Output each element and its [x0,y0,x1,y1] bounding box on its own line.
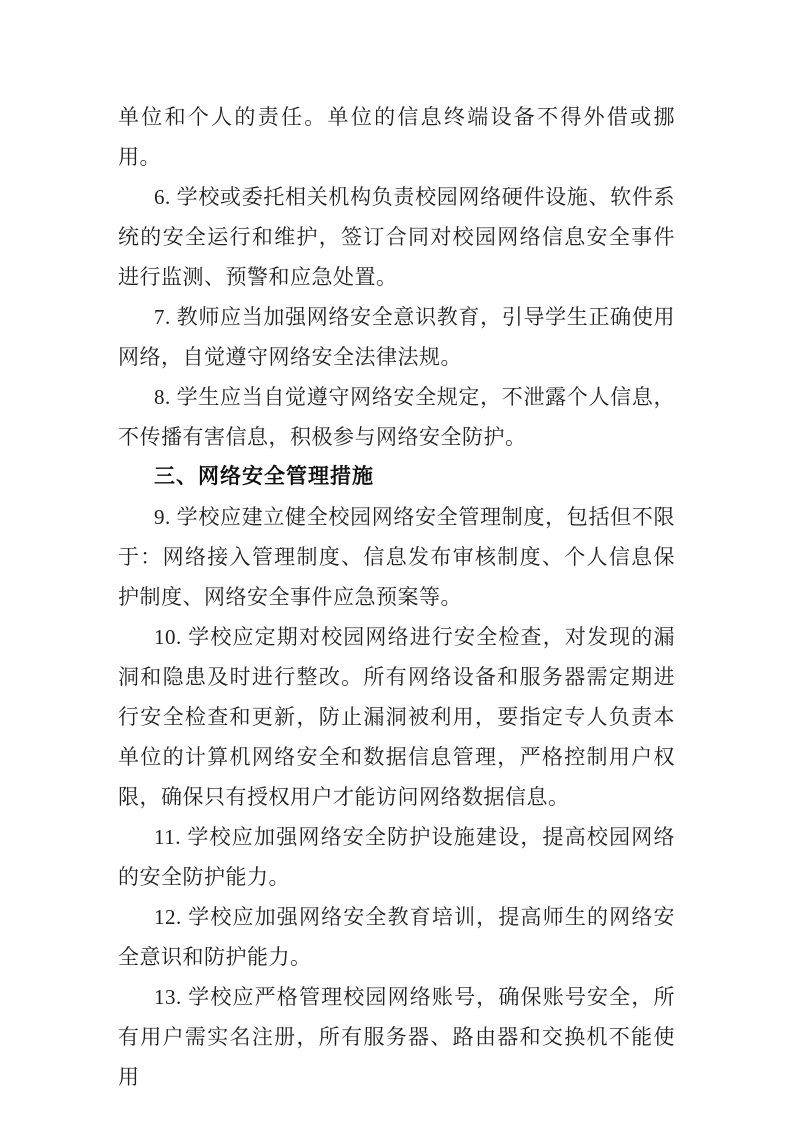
document-page: 单位和个人的责任。单位的信息终端设备不得外借或挪用。 6. 学校或委托相关机构负… [0,0,793,1122]
paragraph-item-11: 11. 学校应加强网络安全防护设施建设，提高校园网络的安全防护能力。 [118,817,675,897]
paragraph-item-12: 12. 学校应加强网络安全教育培训，提高师生的网络安全意识和防护能力。 [118,897,675,977]
paragraph-item-7: 7. 教师应当加强网络安全意识教育，引导学生正确使用网络，自觉遵守网络安全法律法… [118,297,675,377]
paragraph-continuation: 单位和个人的责任。单位的信息终端设备不得外借或挪用。 [118,97,675,177]
paragraph-item-6: 6. 学校或委托相关机构负责校园网络硬件设施、软件系统的安全运行和维护，签订合同… [118,177,675,297]
paragraph-item-10: 10. 学校应定期对校园网络进行安全检查，对发现的漏洞和隐患及时进行整改。所有网… [118,617,675,817]
paragraph-item-13: 13. 学校应严格管理校园网络账号，确保账号安全，所有用户需实名注册，所有服务器… [118,977,675,1097]
paragraph-item-8: 8. 学生应当自觉遵守网络安全规定，不泄露个人信息，不传播有害信息，积极参与网络… [118,377,675,457]
paragraph-item-9: 9. 学校应建立健全校园网络安全管理制度，包括但不限于：网络接入管理制度、信息发… [118,497,675,617]
section-heading-3: 三、网络安全管理措施 [118,457,675,497]
